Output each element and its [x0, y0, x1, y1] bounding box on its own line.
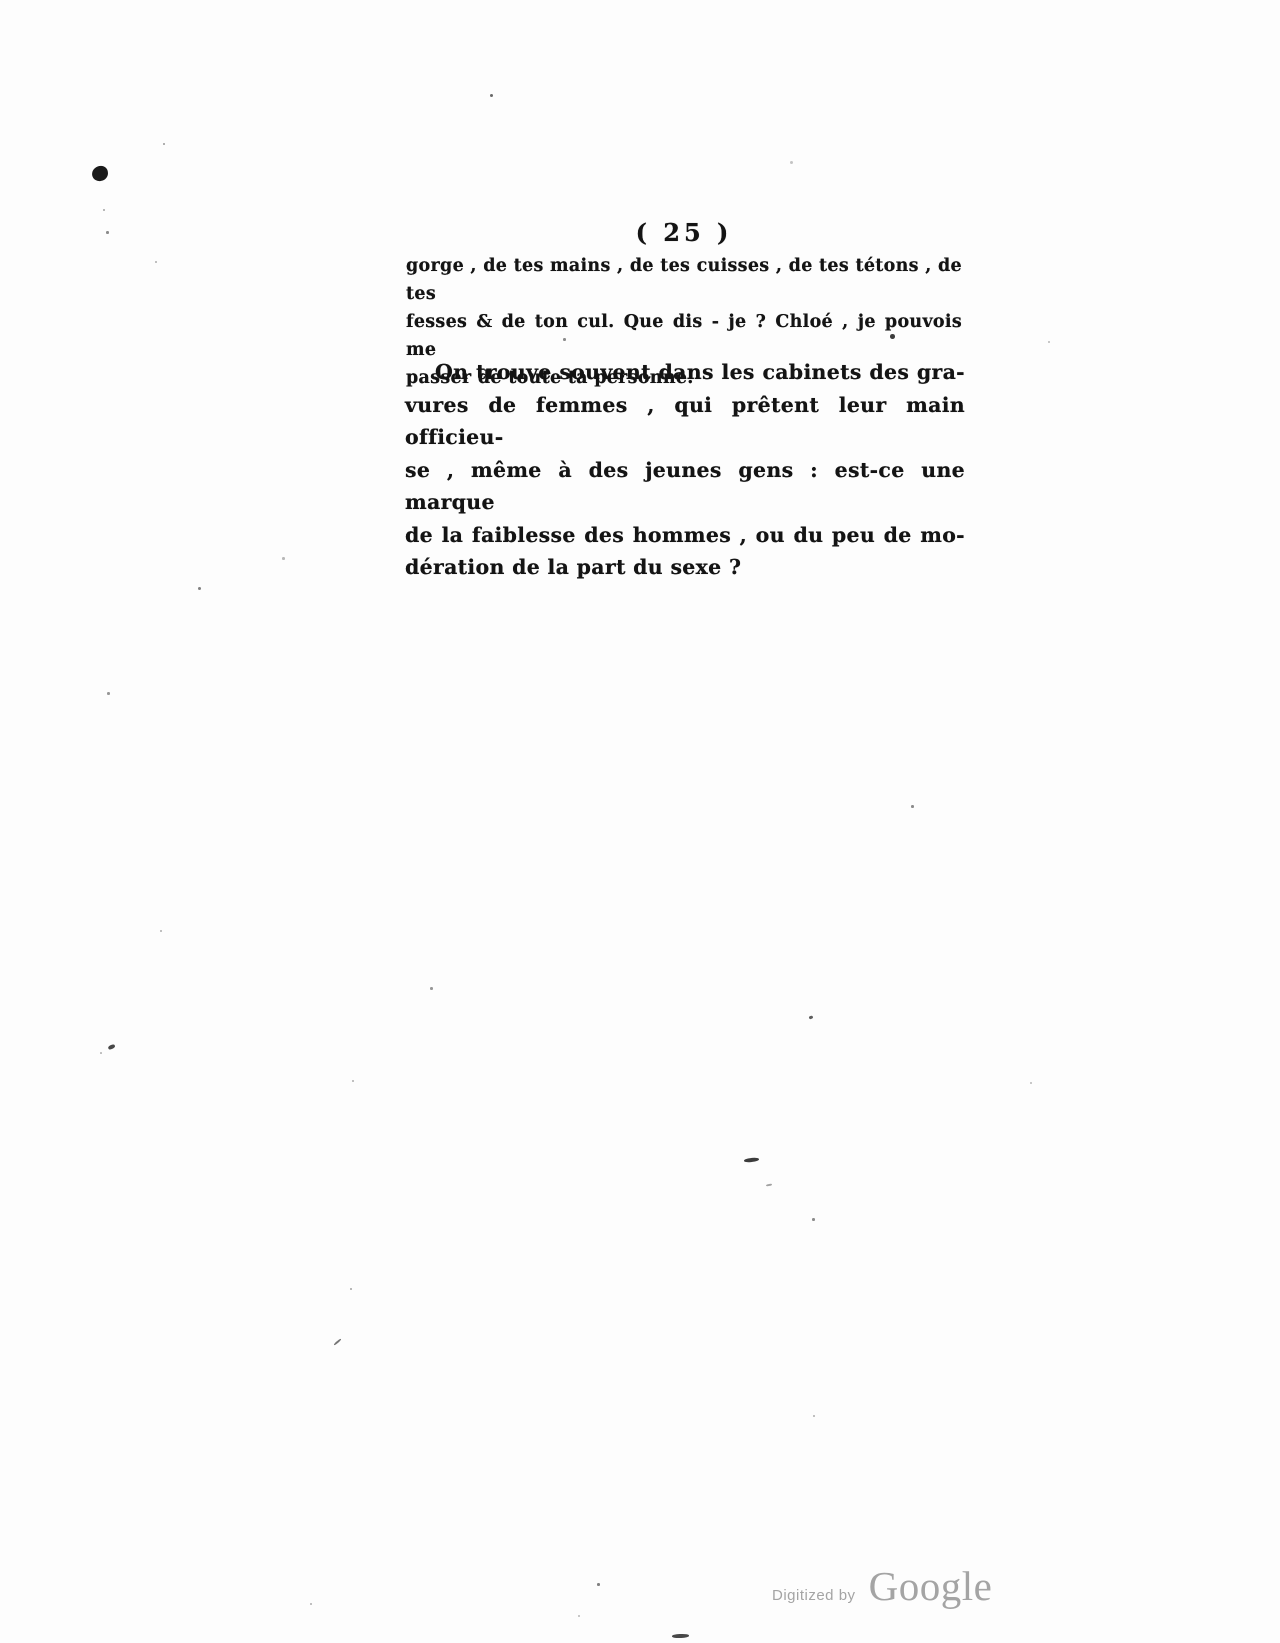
- ink-speck: [1030, 1082, 1032, 1084]
- ink-speck: [812, 1218, 815, 1221]
- google-logo: Google: [869, 1563, 993, 1609]
- google-watermark: Digitized by Google: [772, 1562, 992, 1610]
- ink-speck: [809, 1015, 813, 1019]
- ink-speck: [766, 1183, 772, 1186]
- ink-speck: [103, 209, 105, 211]
- text-line: de la faiblesse des hommes , ou du peu d…: [405, 519, 965, 552]
- digitized-by-label: Digitized by: [772, 1587, 856, 1604]
- ink-speck: [163, 143, 165, 145]
- text-line: se , même à des jeunes gens : est-ce une…: [405, 454, 965, 519]
- ink-speck: [155, 261, 157, 263]
- text-line: On trouve souvent dans les cabinets des …: [405, 356, 965, 389]
- ink-speck: [744, 1157, 759, 1163]
- text-line: gorge , de tes mains , de tes cuisses , …: [406, 252, 962, 308]
- ink-speck: [100, 1052, 102, 1054]
- ink-speck: [790, 161, 793, 164]
- ink-speck: [107, 692, 110, 695]
- ink-speck: [91, 165, 109, 183]
- ink-speck: [911, 805, 914, 808]
- ink-speck: [578, 1615, 580, 1617]
- ink-speck: [1048, 341, 1050, 343]
- paragraph-2: On trouve souvent dans les cabinets des …: [405, 356, 965, 584]
- ink-speck: [198, 587, 201, 590]
- ink-speck: [333, 1338, 341, 1345]
- scanned-page: ( 25 ) gorge , de tes mains , de tes cui…: [0, 0, 1280, 1643]
- ink-speck: [430, 987, 433, 990]
- ink-speck: [597, 1583, 600, 1586]
- text-line: dération de la part du sexe ?: [405, 551, 965, 584]
- ink-speck: [352, 1080, 354, 1082]
- ink-speck: [160, 930, 162, 932]
- ink-speck: [310, 1603, 312, 1605]
- ink-speck: [108, 1044, 116, 1050]
- text-line: vures de femmes , qui prêtent leur main …: [405, 389, 965, 454]
- ink-speck: [350, 1288, 352, 1290]
- ink-speck: [106, 231, 109, 234]
- ink-speck: [490, 94, 493, 97]
- ink-speck: [282, 557, 285, 560]
- page-number: ( 25 ): [405, 218, 963, 247]
- ink-speck: [672, 1634, 689, 1639]
- ink-speck: [813, 1415, 815, 1417]
